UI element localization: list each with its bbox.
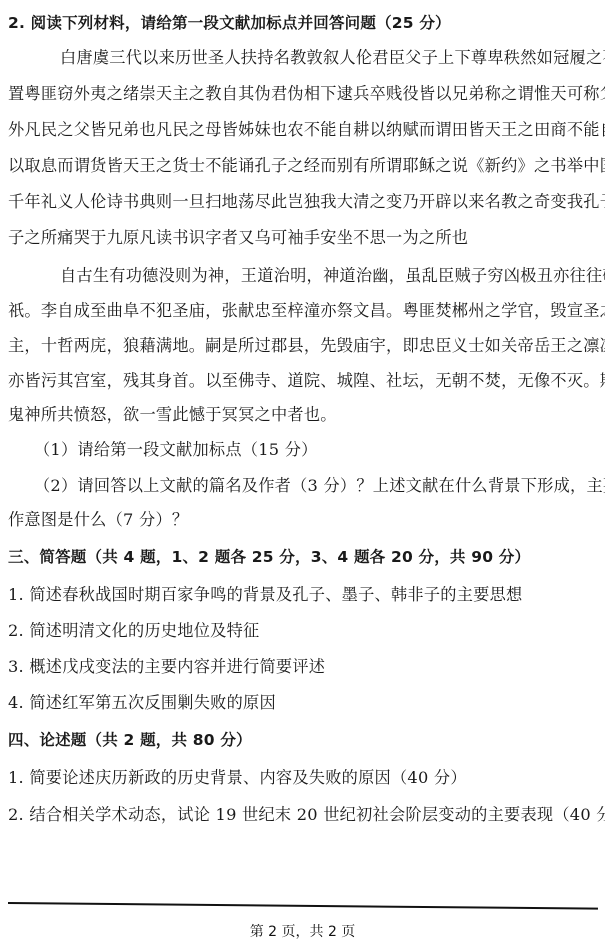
passage-line: 鬼神所共愤怒，欲一雪此憾于冥冥之中者也。 bbox=[8, 404, 337, 426]
passage-line: 亦皆污其宫室，残其身首。以至佛寺、道院、城隍、社坛，无朝不焚，无像不灭。斯又 bbox=[8, 370, 605, 392]
short-answer-question: 3. 概述戊戌变法的主要内容并进行简要评述 bbox=[8, 656, 325, 678]
passage-line: 千年礼义人伦诗书典则一旦扫地荡尽此岂独我大清之变乃开辟以来名教之奇变我孔子孟 bbox=[8, 191, 605, 213]
subquestion-1: （1）请给第一段文献加标点（15 分） bbox=[34, 439, 318, 461]
passage-line: 主，十哲两庑，狼藉满地。嗣是所过郡县，先毁庙宇，即忠臣义士如关帝岳王之凛凛， bbox=[8, 335, 605, 357]
short-answer-question: 2. 简述明清文化的历史地位及特征 bbox=[8, 620, 259, 642]
essay-question: 1. 简要论述庆历新政的历史背景、内容及失败的原因（40 分） bbox=[8, 767, 467, 789]
passage-line: 置粤匪窃外夷之绪崇天主之教自其伪君伪相下逮兵卒贱役皆以兄弟称之谓惟天可称父此 bbox=[8, 83, 605, 105]
question-2-title: 2. 阅读下列材料，请给第一段文献加标点并回答问题（25 分） bbox=[8, 12, 451, 34]
passage-line: 外凡民之父皆兄弟也凡民之母皆姊妹也农不能自耕以纳赋而谓田皆天王之田商不能自买 bbox=[8, 119, 605, 141]
passage-line: 子之所痛哭于九原凡读书识字者又乌可袖手安坐不思一为之所也 bbox=[8, 227, 468, 249]
page-number: 第 2 页，共 2 页 bbox=[0, 921, 605, 941]
passage-line: 白唐虞三代以来历世圣人扶持名教敦叙人伦君臣父子上下尊卑秩然如冠履之不可倒 bbox=[60, 47, 605, 69]
passage-line: 以取息而谓货皆天王之货士不能诵孔子之经而别有所谓耶稣之说《新约》之书举中国数 bbox=[8, 155, 605, 177]
subquestion-2-cont: 作意图是什么（7 分）？ bbox=[8, 509, 188, 531]
passage-line: 自古生有功德没则为神，王道治明，神道治幽，虽乱臣贼子穷凶极丑亦往往敬畏神 bbox=[60, 265, 605, 287]
footer-divider bbox=[8, 902, 598, 910]
section-3-title: 三、简答题（共 4 题，1、2 题各 25 分，3、4 题各 20 分，共 90… bbox=[8, 546, 530, 568]
passage-line: 祇。李自成至曲阜不犯圣庙，张献忠至梓潼亦祭文昌。粤匪焚郴州之学官，毁宣圣之木 bbox=[8, 300, 605, 322]
subquestion-2: （2）请回答以上文献的篇名及作者（3 分）？上述文献在什么背景下形成，主要的写 bbox=[34, 475, 605, 497]
short-answer-question: 1. 简述春秋战国时期百家争鸣的背景及孔子、墨子、韩非子的主要思想 bbox=[8, 584, 522, 606]
essay-question: 2. 结合相关学术动态，试论 19 世纪末 20 世纪初社会阶层变动的主要表现（… bbox=[8, 804, 605, 826]
short-answer-question: 4. 简述红军第五次反围剿失败的原因 bbox=[8, 692, 276, 714]
section-4-title: 四、论述题（共 2 题，共 80 分） bbox=[8, 729, 252, 751]
